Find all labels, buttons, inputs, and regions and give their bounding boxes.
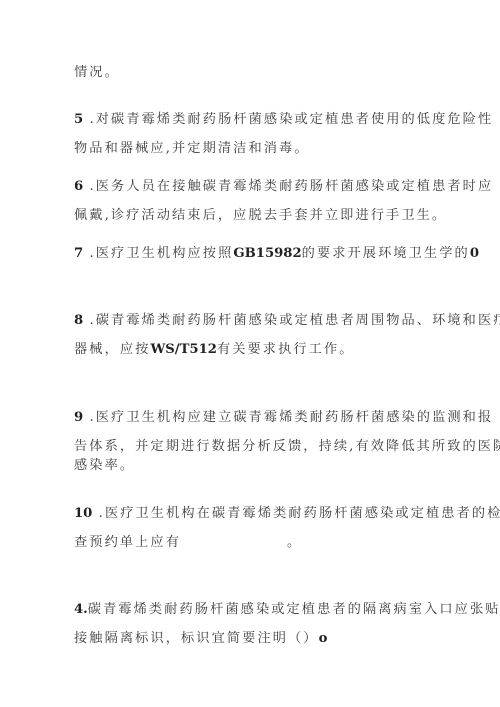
paragraph-text: .对碳青霉烯类耐药肠杆菌感染或定植患者使用的低度危险性 (83, 112, 493, 127)
paragraph-text: .医疗卫生机构应按照 (83, 246, 233, 261)
item-9-line-2: 告体系，并定期进行数据分析反馈，持续,有效降低其所致的医院 (74, 439, 500, 455)
question-4-line-2: 接触隔离标识，标识宜简要注明（）o (74, 631, 327, 647)
item-number: 4. (74, 602, 88, 617)
paragraph-text: 情况。 (74, 65, 120, 80)
paragraph-text: 接触隔离标识，标识宜简要注明（） (74, 631, 319, 646)
paragraph-end: 0 (470, 246, 479, 261)
item-10-line-2: 查预约单上应有。 (74, 535, 302, 551)
paragraph-text: 感染率。 (74, 458, 135, 473)
item-number: 8 (74, 313, 83, 328)
paragraph-text: .医疗卫生机构应建立碳青霉烯类耐药肠杆菌感染的监测和报 (83, 410, 493, 425)
item-number: 7 (74, 246, 83, 261)
item-10-line-1: 10 .医疗卫生机构在碳青霉烯类耐药肠杆菌感染或定植患者的检 (74, 506, 500, 522)
paragraph-text: 器械，应按 (74, 342, 150, 357)
item-5-line-2: 物品和器械应,并定期清洁和消毒。 (74, 141, 310, 157)
item-7-line-1: 7 .医疗卫生机构应按照GB15982的要求开展环境卫生学的0 (74, 246, 479, 262)
paragraph-text: 佩戴,诊疗活动结束后，应脱去手套并立即进行手卫生。 (74, 208, 447, 223)
item-5-line-1: 5 .对碳青霉烯类耐药肠杆菌感染或定植患者使用的低度危险性 (74, 112, 493, 128)
item-9-line-3: 感染率。 (74, 458, 135, 474)
paragraph-text: 有关要求执行工作。 (217, 342, 355, 357)
paragraph-text: 告体系，并定期进行数据分析反馈，持续,有效降低其所致的医院 (74, 439, 500, 454)
paragraph-text: .医务人员在接触碳青霉烯类耐药肠杆菌感染或定植患者时应 (83, 179, 493, 194)
paragraph-end: o (319, 631, 328, 646)
paragraph-end: 。 (287, 535, 302, 550)
item-8-line-1: 8 .碳青霉烯类耐药肠杆菌感染或定植患者周围物品、环境和医疗 (74, 313, 500, 329)
paragraph-text: 的要求开展环境卫生学的 (302, 246, 470, 261)
item-number: 9 (74, 410, 83, 425)
paragraph-text: 碳青霉烯类耐药肠杆菌感染或定植患者的隔离病室入口应张贴 (88, 602, 500, 617)
item-9-line-1: 9 .医疗卫生机构应建立碳青霉烯类耐药肠杆菌感染的监测和报 (74, 410, 493, 426)
paragraph-text: .医疗卫生机构在碳青霉烯类耐药肠杆菌感染或定植患者的检 (92, 506, 500, 521)
standard-code: GB15982 (233, 246, 301, 261)
question-4-line-1: 4.碳青霉烯类耐药肠杆菌感染或定植患者的隔离病室入口应张贴 (74, 602, 500, 618)
paragraph-text: .碳青霉烯类耐药肠杆菌感染或定植患者周围物品、环境和医疗 (83, 313, 500, 328)
paragraph-text: 物品和器械应,并定期清洁和消毒。 (74, 141, 310, 156)
item-number: 10 (74, 506, 92, 521)
item-6-line-1: 6 .医务人员在接触碳青霉烯类耐药肠杆菌感染或定植患者时应 (74, 179, 493, 195)
item-number: 6 (74, 179, 83, 194)
standard-code: WS/T512 (150, 342, 217, 357)
item-6-line-2: 佩戴,诊疗活动结束后，应脱去手套并立即进行手卫生。 (74, 208, 447, 224)
item-number: 5 (74, 112, 83, 127)
item-8-line-2: 器械，应按WS/T512有关要求执行工作。 (74, 342, 355, 358)
text-line: 情况。 (74, 65, 120, 81)
paragraph-text: 查预约单上应有 (74, 535, 181, 550)
